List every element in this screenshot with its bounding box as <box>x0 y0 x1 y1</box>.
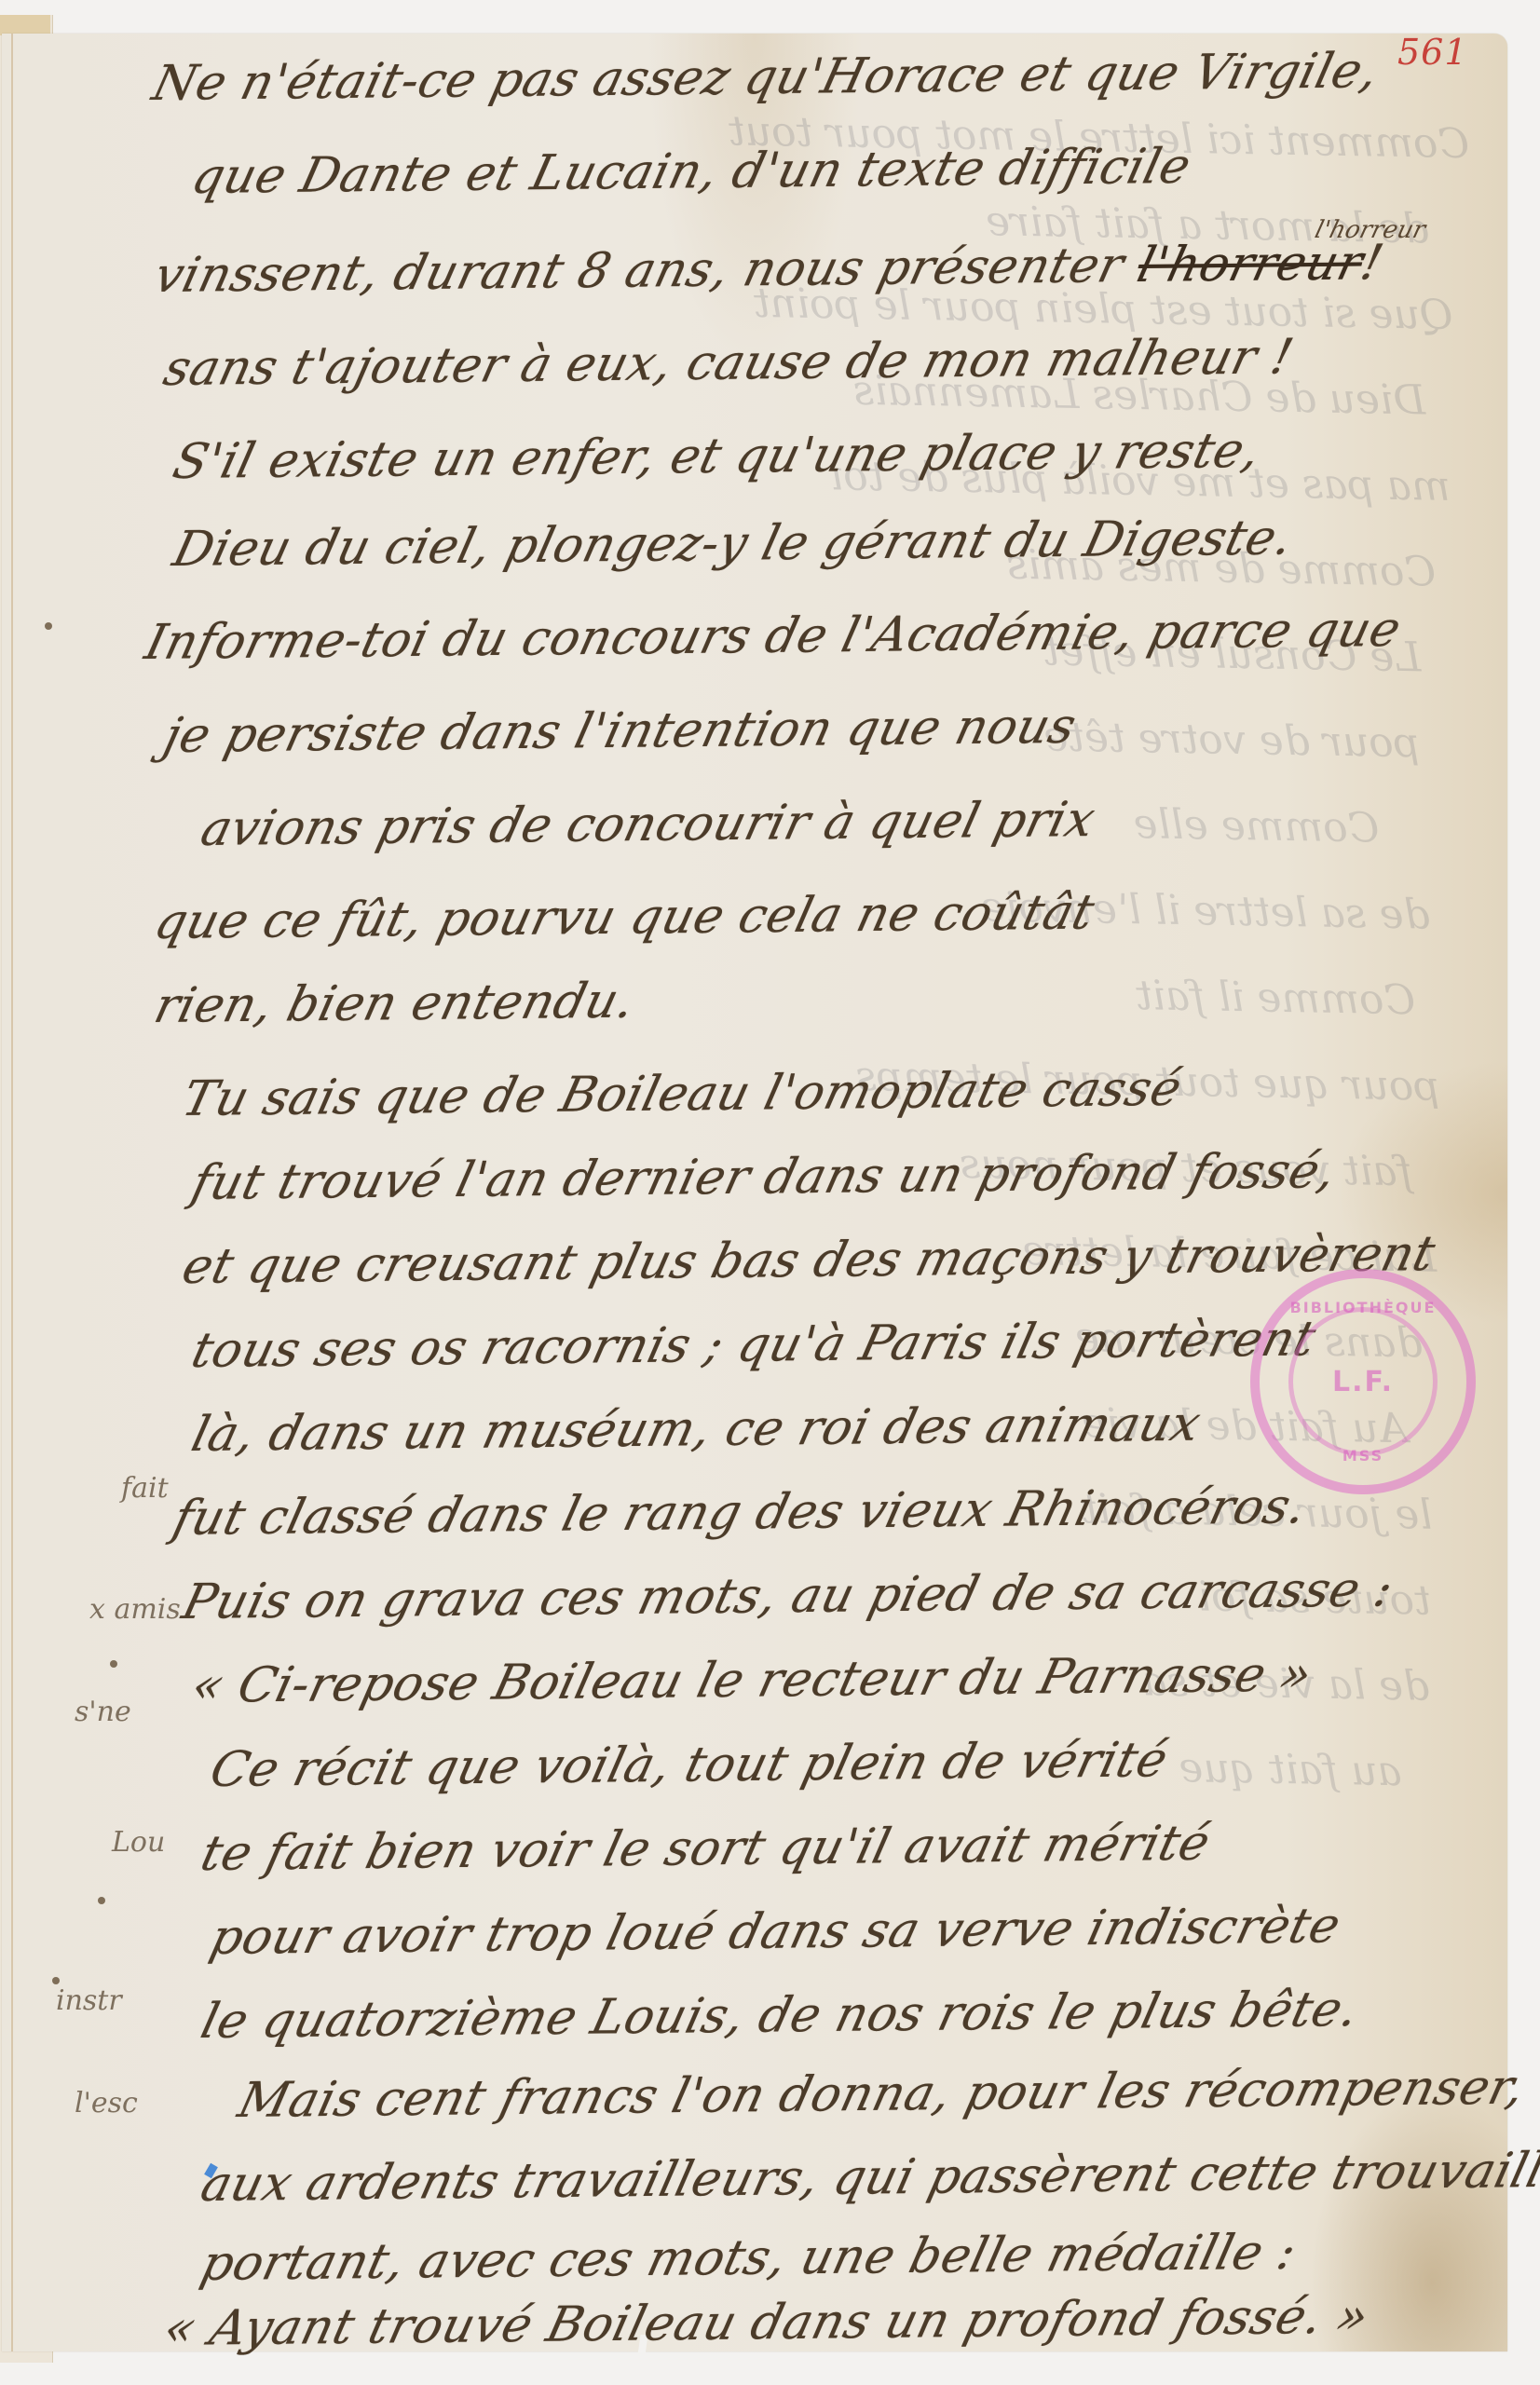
text-line: rien, bien entendu. <box>149 974 640 1034</box>
ink-spot <box>52 1977 60 1984</box>
text-line: fut classé dans le rang des vieux Rhinoc… <box>168 1479 1312 1547</box>
ink-spot <box>110 1660 117 1668</box>
text-line: Ne n'était-ce pas assez qu'Horace et que… <box>147 43 1384 112</box>
text-line: Informe-toi du concours de l'Académie, p… <box>140 602 1407 671</box>
text-line: aux ardents travailleurs, qui passèrent … <box>196 2142 1540 2213</box>
text-line: « Ci-repose Boileau le recteur du Parnas… <box>186 1646 1318 1714</box>
text-line: Mais cent francs l'on donna, pour les ré… <box>233 2060 1531 2129</box>
text-line: te fait bien voir le sort qu'il avait mé… <box>196 1816 1216 1882</box>
margin-note: x amis <box>89 1593 181 1626</box>
text-line: que ce fût, pourvu que cela ne coûtât <box>149 884 1100 950</box>
manuscript-text: Ne n'était-ce pas assez qu'Horace et que… <box>0 0 1540 2385</box>
text-line: Ce récit que voilà, tout plein de vérité <box>205 1732 1173 1798</box>
text-line: là, dans un muséum, ce roi des animaux <box>186 1397 1206 1463</box>
margin-note: Lou <box>112 1826 165 1859</box>
text-line: sans t'ajouter à eux, cause de mon malhe… <box>158 329 1299 397</box>
text-line: avions pris de concourir à quel prix <box>196 792 1100 857</box>
margin-note: s'ne <box>75 1696 131 1728</box>
text-line: Tu sais que de Boileau l'omoplate cassé <box>177 1061 1187 1127</box>
stamp-ring-text: BIBLIOTHÈQUE <box>1290 1299 1437 1316</box>
text-line: je persiste dans l'intention que nous <box>158 699 1082 764</box>
text-line: Dieu du ciel, plongez-y le gérant du Dig… <box>168 510 1299 578</box>
library-stamp: BIBLIOTHÈQUE L.F. MSS <box>1250 1269 1476 1494</box>
stamp-ring-text: MSS <box>1342 1447 1383 1465</box>
text-line: que Dante et Lucain, d'un texte difficil… <box>186 139 1196 205</box>
interlinear-correction: l'horreur <box>1312 216 1428 244</box>
text-segment: vinssent, durant 8 ans, nous présenter <box>149 238 1145 304</box>
text-line: pour avoir trop loué dans sa verve indis… <box>205 1898 1346 1966</box>
text-line: « Ayant trouvé Boileau dans un profond f… <box>158 2289 1374 2357</box>
text-line: S'il existe un enfer, et qu'une place y … <box>168 423 1266 490</box>
text-line: vinssent, durant 8 ans, nous présenter l… <box>149 235 1389 304</box>
text-line: fut trouvé l'an dernier dans un profond … <box>186 1143 1342 1211</box>
text-line: tous ses os racornis ; qu'à Paris ils po… <box>186 1311 1321 1379</box>
margin-note: fait <box>121 1472 169 1505</box>
stamp-inner-circle: L.F. <box>1288 1307 1438 1456</box>
margin-note: instr <box>56 1984 122 2017</box>
stamp-center-text: L.F. <box>1332 1366 1394 1398</box>
text-line: et que creusant plus bas des maçons y tr… <box>177 1226 1440 1295</box>
ink-spot <box>45 622 52 630</box>
text-line: Puis on grava ces mots, au pied de sa ca… <box>177 1561 1398 1630</box>
text-line: le quatorzième Louis, de nos rois le plu… <box>196 1982 1364 2050</box>
text-line: portant, avec ces mots, une belle médail… <box>196 2225 1302 2292</box>
margin-note: l'esc <box>75 2087 138 2119</box>
ink-spot <box>98 1897 105 1904</box>
